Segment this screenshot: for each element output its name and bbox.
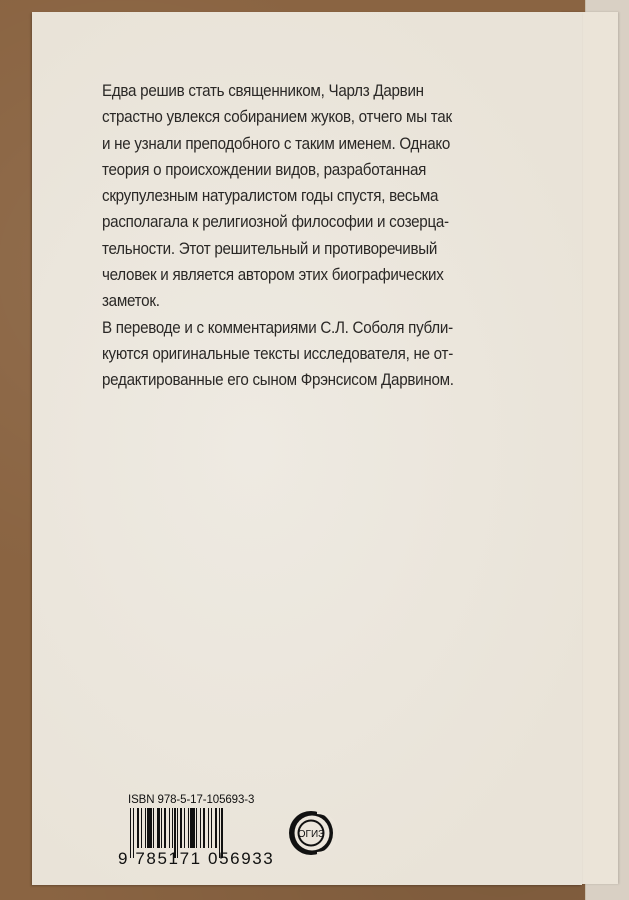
desc-line: куются оригинальные тексты исследователя… [102, 341, 488, 367]
svg-text:ОГИЗ: ОГИЗ [298, 829, 324, 840]
desc-line: Едва решив стать священником, Чарлз Дарв… [102, 78, 488, 104]
desc-line: В переводе и с комментариями С.Л. Соболя… [102, 315, 488, 341]
ogiz-logo-icon: ОГИЗ [287, 807, 339, 859]
barcode-digits: 9 785171 056933 [118, 849, 274, 869]
desc-line: редактированные его сыном Фрэнсисом Дарв… [102, 367, 488, 393]
desc-line: располагала к религиозной философии и со… [102, 209, 488, 235]
desc-line: теория о происхождении видов, разработан… [102, 157, 488, 183]
desc-line: страстно увлекся собиранием жуков, отчег… [102, 104, 488, 130]
desc-line: скрупулезным натуралистом годы спустя, в… [102, 183, 488, 209]
book-description: Едва решив стать священником, Чарлз Дарв… [102, 78, 488, 394]
desc-line: человек и является автором этих биографи… [102, 262, 488, 288]
isbn-barcode-block: ISBN 978-5-17-105693-3 9 785171 056933 [128, 794, 258, 858]
desc-line: заметок. [102, 288, 488, 314]
isbn-label: ISBN 978-5-17-105693-3 [128, 794, 258, 806]
desc-line: и не узнали преподобного с таким именем.… [102, 131, 488, 157]
desc-line: тельности. Этот решительный и противореч… [102, 236, 488, 262]
book-back-cover: Едва решив стать священником, Чарлз Дарв… [32, 12, 582, 885]
